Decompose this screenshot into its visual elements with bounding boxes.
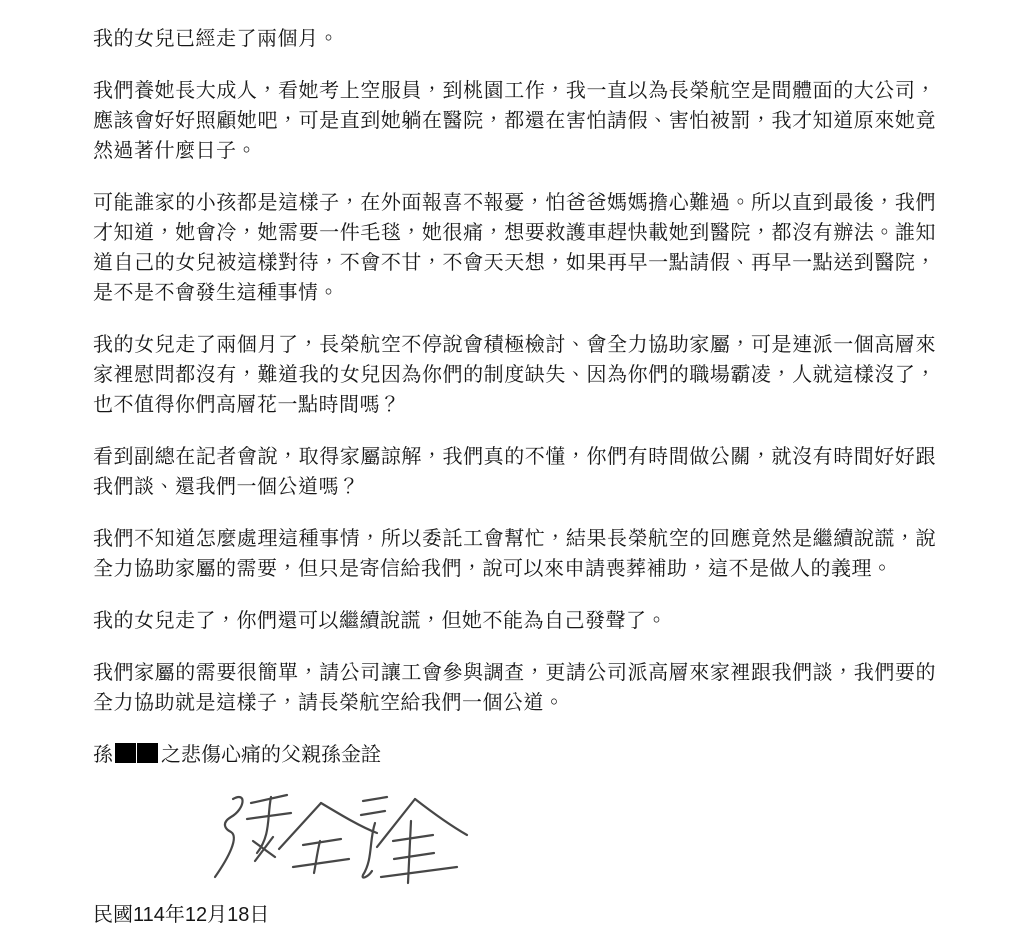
signoff-line: 孫之悲傷心痛的父親孫金詮 <box>93 740 936 770</box>
paragraph: 我們不知道怎麼處理這種事情，所以委託工會幫忙，結果長榮航空的回應竟然是繼續說謊，… <box>93 524 936 584</box>
signature-stroke <box>415 799 467 835</box>
signature-stroke <box>321 803 377 833</box>
signature-stroke <box>363 823 375 878</box>
paragraph: 我的女兒走了，你們還可以繼續說謊，但她不能為自己發聲了。 <box>93 606 936 636</box>
paragraph: 我們家屬的需要很簡單，請公司讓工會參與調查，更請公司派高層來家裡跟我們談，我們要… <box>93 658 936 718</box>
letter-document: 我的女兒已經走了兩個月。 我們養她長大成人，看她考上空服員，到桃園工作，我一直以… <box>0 0 1024 949</box>
signature-stroke <box>215 797 243 877</box>
signature-stroke <box>393 835 433 841</box>
paragraph: 我們養她長大成人，看她考上空服員，到桃園工作，我一直以為長榮航空是間體面的大公司… <box>93 76 936 166</box>
signoff-prefix: 孫 <box>93 744 113 766</box>
signature-stroke <box>381 867 457 877</box>
paragraph: 我的女兒已經走了兩個月。 <box>93 24 936 54</box>
signature-stroke <box>394 853 434 859</box>
signature-stroke <box>293 859 349 867</box>
redacted-name <box>115 743 159 763</box>
signature-stroke <box>363 797 387 801</box>
signoff-suffix: 之悲傷心痛的父親孫金詮 <box>161 744 381 766</box>
signature-stroke <box>314 841 320 873</box>
paragraph: 我的女兒走了兩個月了，長榮航空不停說會積極檢討、會全力協助家屬，可是連派一個高層… <box>93 330 936 420</box>
paragraph: 可能誰家的小孩都是這樣子，在外面報喜不報憂，怕爸爸媽媽擔心難過。所以直到最後，我… <box>93 188 936 308</box>
signature-stroke <box>303 839 341 845</box>
redaction-box <box>115 743 136 763</box>
signature-stroke <box>251 795 287 803</box>
handwritten-signature <box>203 788 483 890</box>
redaction-box <box>137 743 158 763</box>
date-line: 民國114年12月18日 <box>93 900 936 930</box>
signature-stroke <box>361 811 385 815</box>
paragraph: 看到副總在記者會說，取得家屬諒解，我們真的不懂，你們有時間做公關，就沒有時間好好… <box>93 442 936 502</box>
